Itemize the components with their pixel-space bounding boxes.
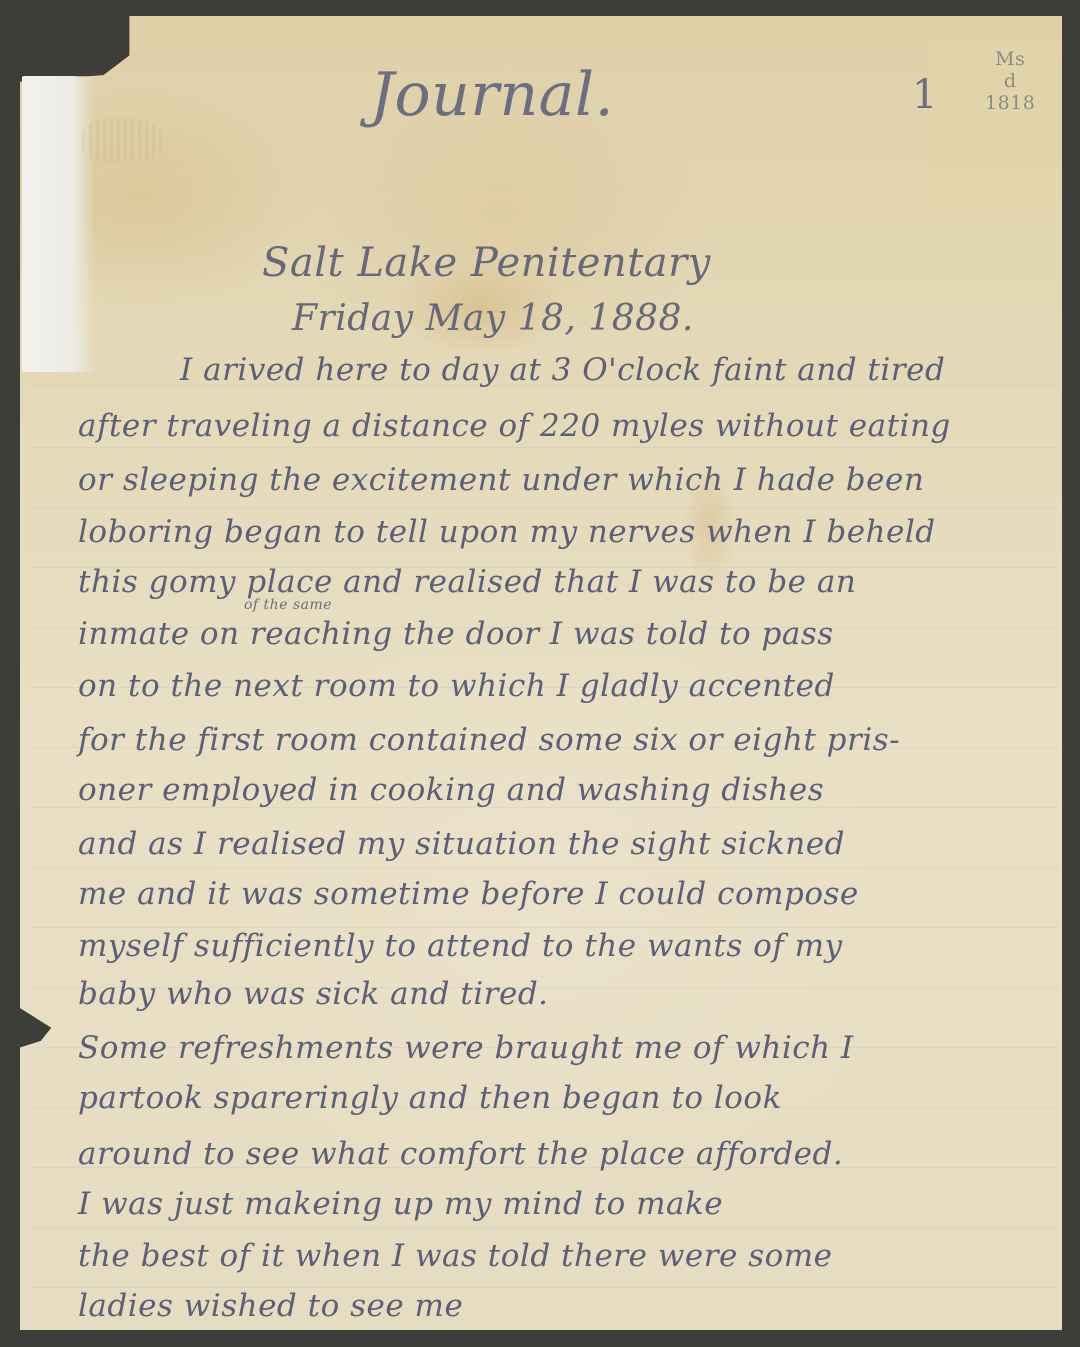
text-line: after traveling a distance of 220 myles … — [78, 408, 951, 444]
text-line: I was just makeing up my mind to make — [78, 1186, 723, 1222]
text-line: Some refreshments were braught me of whi… — [78, 1030, 854, 1066]
text-line: for the first room contained some six or… — [78, 722, 900, 758]
page-number: 1 — [912, 72, 938, 118]
text-line: baby who was sick and tired. — [78, 976, 549, 1012]
text-line: ladies wished to see me — [78, 1288, 463, 1324]
ruled-line — [30, 507, 1058, 508]
embossed-stamp-icon — [82, 118, 162, 162]
text-line: me and it was sometime before I could co… — [78, 876, 859, 912]
text-line: on to the next room to which I gladly ac… — [78, 668, 835, 704]
text-line: inmate on reaching the door I was told t… — [78, 616, 834, 652]
text-line: partook spareringly and then began to lo… — [78, 1080, 782, 1116]
ruled-line — [30, 447, 1058, 448]
call-number: Ms d 1818 — [985, 48, 1035, 114]
text-line: oner employed in cooking and washing dis… — [78, 772, 824, 808]
journal-title: Journal. — [370, 60, 614, 130]
text-line: the best of it when I was told there wer… — [78, 1238, 833, 1274]
text-line: and as I realised my situation the sight… — [78, 826, 845, 862]
text-line: or sleeping the excitement under which I… — [78, 462, 924, 498]
text-line: loboring began to tell upon my nerves wh… — [78, 514, 936, 550]
text-line: myself sufficiently to attend to the wan… — [78, 928, 843, 964]
ruled-line — [30, 867, 1058, 868]
mounting-strip — [22, 76, 94, 372]
place-heading: Salt Lake Penitentary — [262, 240, 711, 286]
text-line: I arived here to day at 3 O'clock faint … — [180, 352, 945, 388]
text-line: around to see what comfort the place aff… — [78, 1136, 843, 1172]
text-line: this gomy place and realised that I was … — [78, 564, 856, 600]
date-heading: Friday May 18, 1888. — [292, 298, 694, 339]
ruled-line — [30, 1227, 1058, 1228]
